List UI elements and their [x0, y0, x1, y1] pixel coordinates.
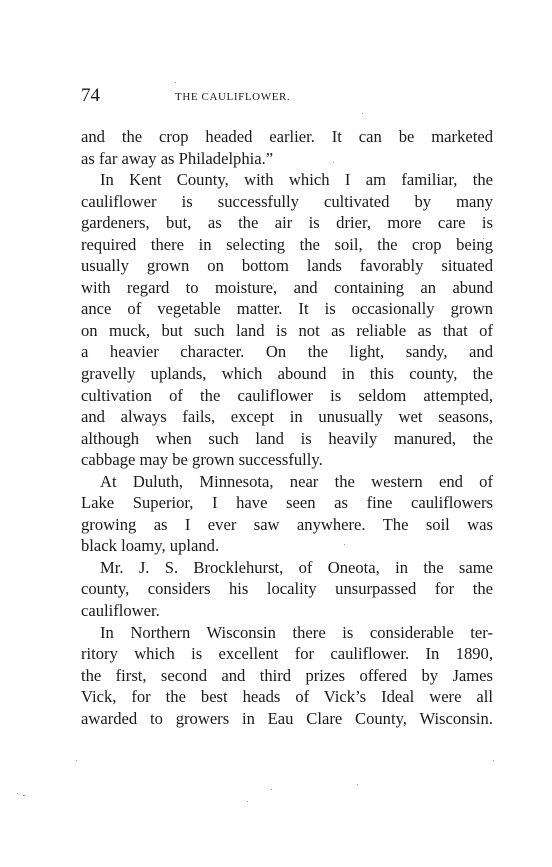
scan-speck	[357, 784, 358, 785]
scan-speck	[247, 801, 248, 802]
text-line: county, considers his locality unsurpass…	[81, 578, 493, 600]
text-line: cauliflower is successfully cultivated b…	[81, 191, 493, 213]
running-head: 74 THE CAULIFLOWER.	[81, 84, 493, 108]
text-line: on muck, but such land is not as reliabl…	[81, 320, 493, 342]
scan-speck	[483, 238, 484, 239]
scan-speck	[493, 760, 494, 761]
paragraph-start-line: At Duluth, Minnesota, near the western e…	[81, 471, 493, 493]
text-line: and always fails, except in unusually we…	[81, 406, 493, 428]
paragraph-start-line: In Kent County, with which I am familiar…	[81, 169, 493, 191]
scan-speck	[17, 793, 18, 794]
scan-speck	[23, 795, 25, 796]
body-text: and the crop headed earlier. It can be m…	[81, 126, 493, 729]
running-title: THE CAULIFLOWER.	[175, 88, 290, 106]
scan-speck	[271, 789, 272, 790]
text-line: as far away as Philadelphia.”	[81, 148, 493, 170]
text-line: cauliflower.	[81, 600, 493, 622]
text-line: ance of vegetable matter. It is occasion…	[81, 298, 493, 320]
text-line: usually grown on bottom lands favorably …	[81, 255, 493, 277]
paragraph-start-line: In Northern Wisconsin there is considera…	[81, 622, 493, 644]
text-line: gravelly uplands, which abound in this c…	[81, 363, 493, 385]
text-line: Vick, for the best heads of Vick’s Ideal…	[81, 686, 493, 708]
text-line: and the crop headed earlier. It can be m…	[81, 126, 493, 148]
page-number: 74	[81, 84, 100, 108]
text-line: the first, second and third prizes offer…	[81, 665, 493, 687]
text-line: a heavier character. On the light, sandy…	[81, 341, 493, 363]
scan-speck	[333, 162, 334, 163]
text-line: although when such land is heavily manur…	[81, 428, 493, 450]
text-line: required there in selecting the soil, th…	[81, 234, 493, 256]
scan-speck	[175, 82, 176, 83]
text-line: Lake Superior, I have seen as fine cauli…	[81, 492, 493, 514]
scan-speck	[362, 113, 363, 114]
paragraph-start-line: Mr. J. S. Brocklehurst, of Oneota, in th…	[81, 557, 493, 579]
text-line: gardeners, but, as the air is drier, mor…	[81, 212, 493, 234]
text-line: cabbage may be grown successfully.	[81, 449, 493, 471]
text-line: cultivation of the cauliflower is seldom…	[81, 385, 493, 407]
scan-speck	[273, 283, 274, 284]
text-line: growing as I ever saw anywhere. The soil…	[81, 514, 493, 536]
text-line: with regard to moisture, and containing …	[81, 277, 493, 299]
text-line: black loamy, upland.	[81, 535, 493, 557]
scan-speck	[344, 544, 345, 545]
book-page: 74 THE CAULIFLOWER. and the crop headed …	[0, 0, 552, 867]
scan-speck	[486, 502, 487, 503]
text-line: awarded to growers in Eau Clare County, …	[81, 708, 493, 730]
text-line: ritory which is excellent for cauliflowe…	[81, 643, 493, 665]
scan-speck	[76, 760, 77, 761]
